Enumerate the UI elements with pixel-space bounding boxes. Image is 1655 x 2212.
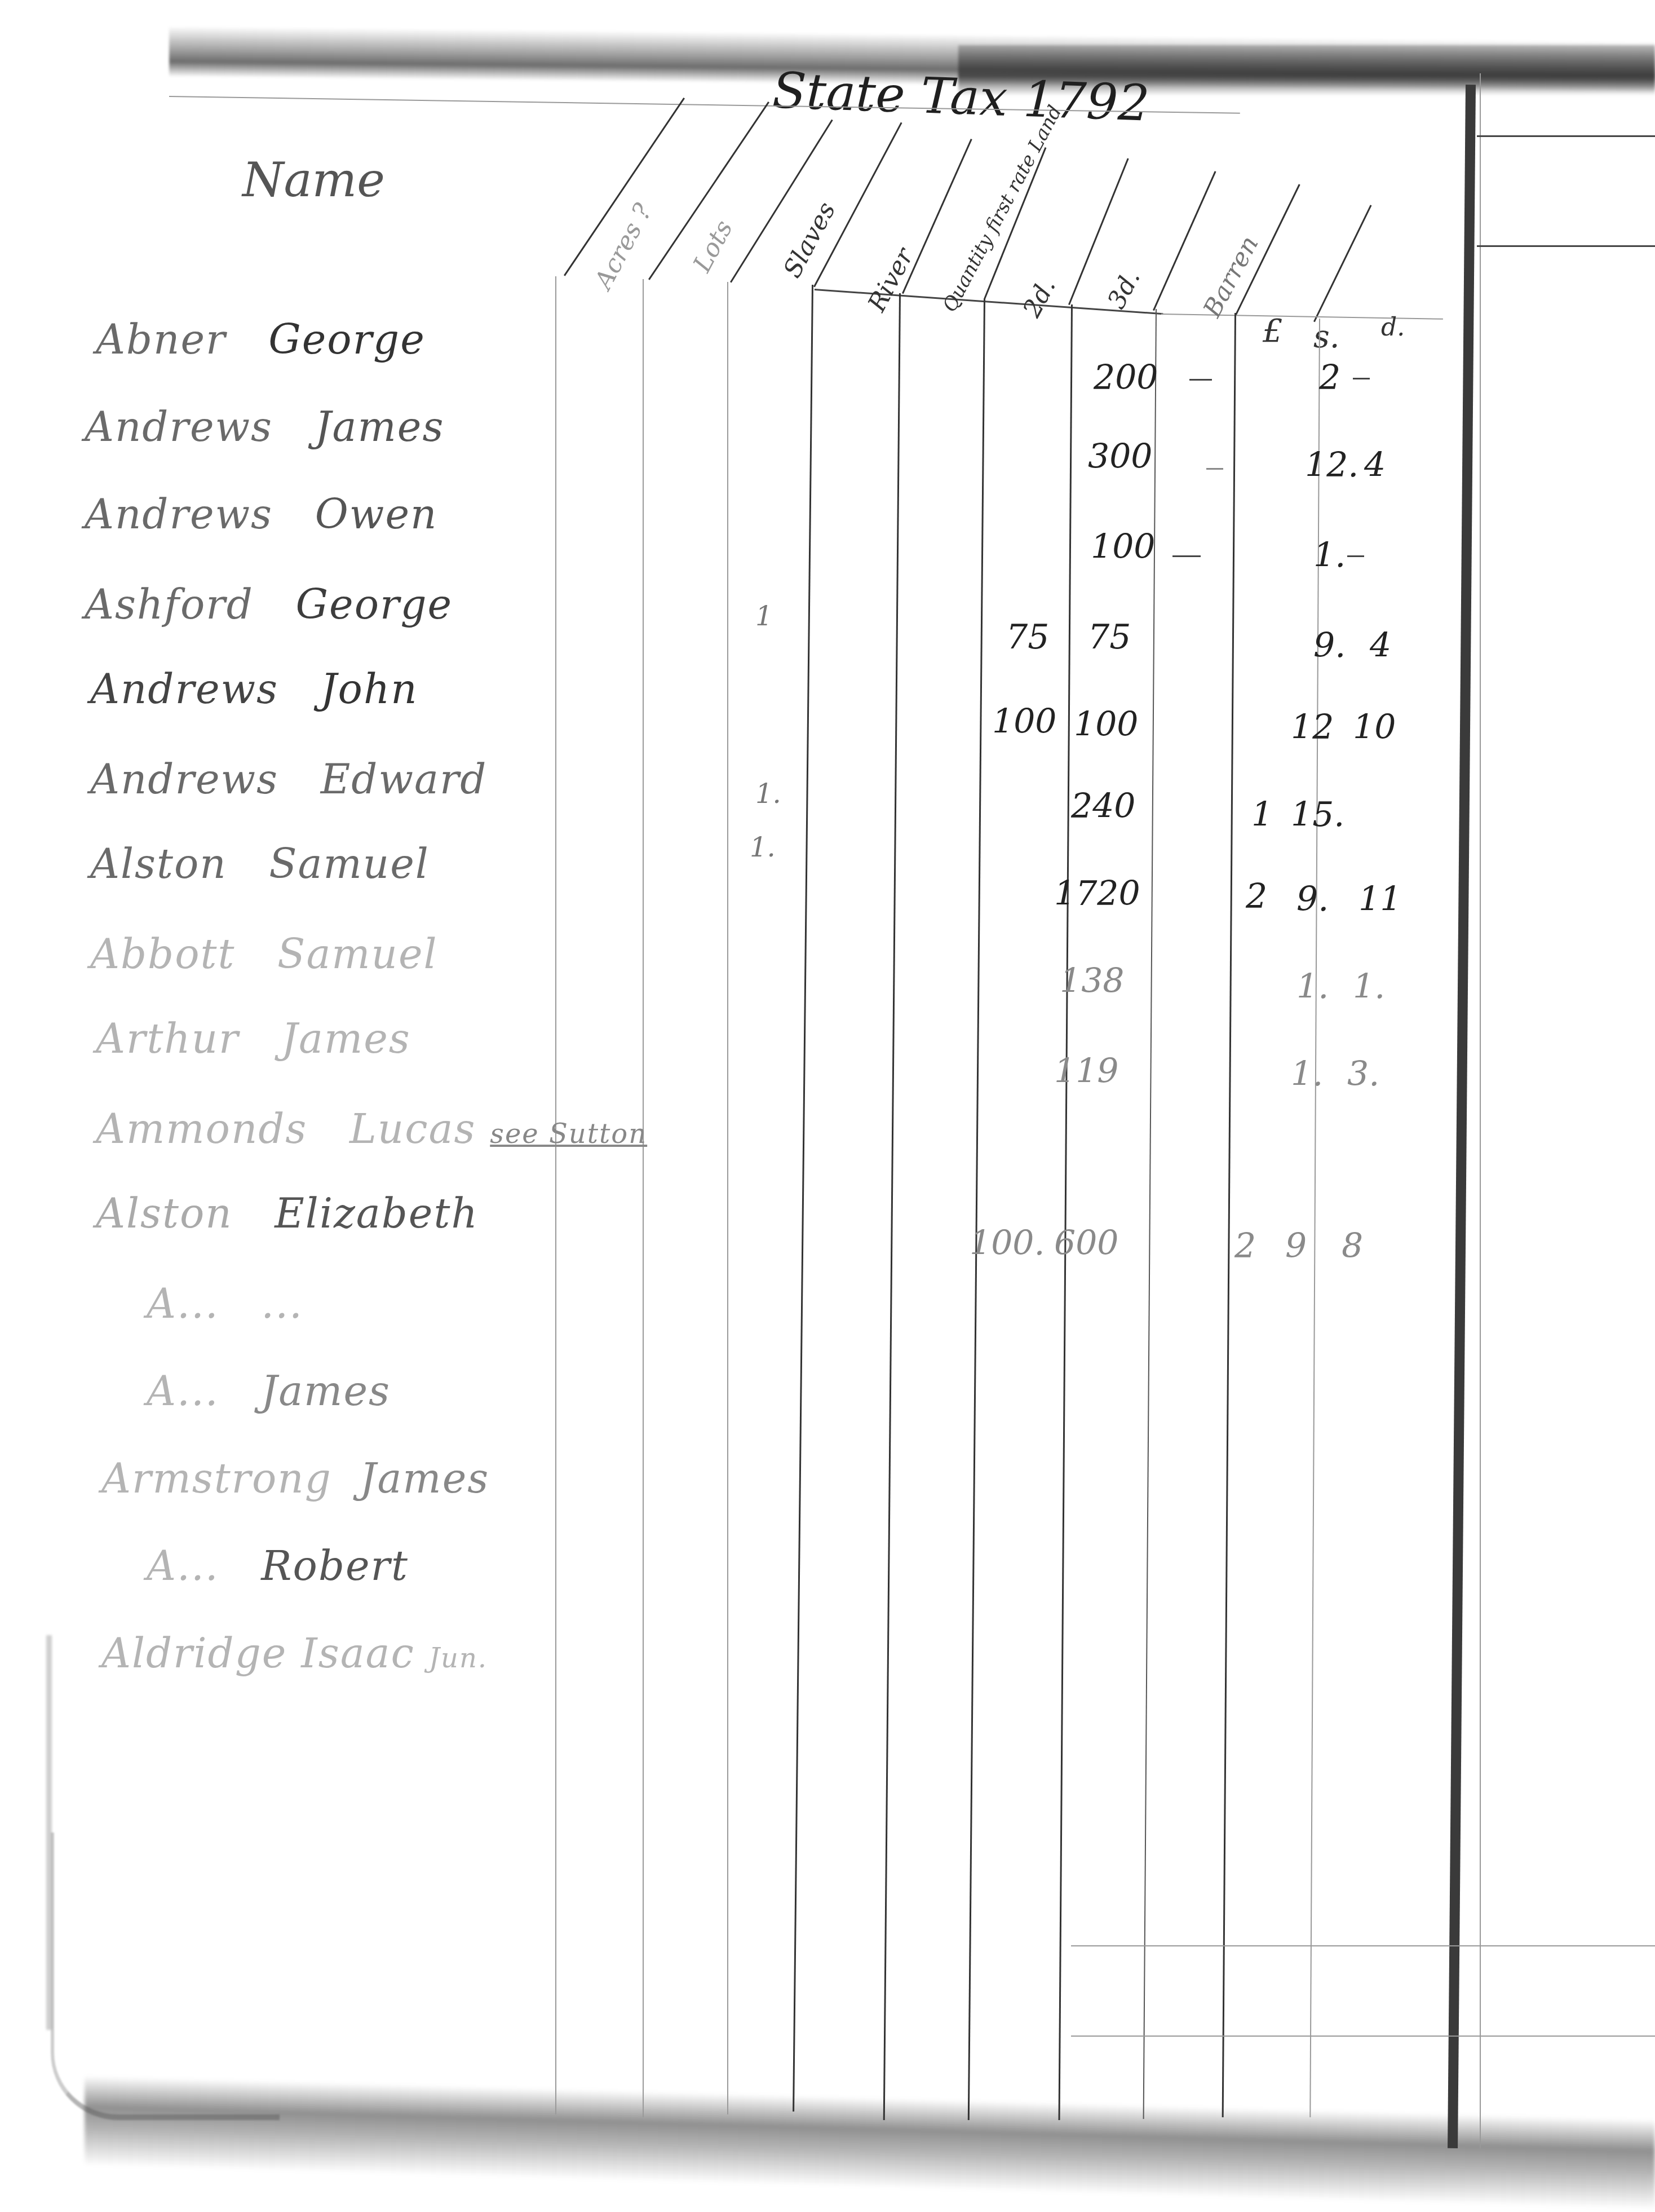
row-1-pence: 4 — [1364, 445, 1386, 485]
column-header-third-rate: 3d. — [1102, 265, 1146, 314]
column-rule — [1059, 304, 1073, 2120]
row-2-third-rate: 100 — [1091, 527, 1156, 567]
row-2-barren-dash — [1172, 555, 1201, 557]
column-rule — [1143, 309, 1157, 2119]
row-12-name: A... James — [147, 1367, 391, 1415]
column-header-second-rate: 2d. — [1017, 273, 1061, 322]
row-2-shillings: 1. — [1313, 536, 1346, 575]
scan-edge-bottom — [85, 2076, 1655, 2210]
row-2-name: Andrews Owen — [85, 491, 437, 538]
row-10-second-rate: 100. — [970, 1224, 1045, 1263]
row-4-shillings: 12 — [1291, 708, 1334, 747]
row-5-name: Andrews Edward — [90, 756, 487, 803]
currency-header-pence: d. — [1381, 313, 1405, 342]
row-11-name: A... ... — [147, 1280, 303, 1327]
row-1-barren-dash — [1206, 468, 1223, 470]
page-binding-rule — [1448, 85, 1476, 2148]
row-6-shillings: 9. — [1296, 880, 1329, 919]
row-5-pounds: 1 — [1251, 795, 1273, 835]
right-panel-rule — [1477, 135, 1655, 137]
header-divider — [1313, 205, 1372, 322]
row-15-name: Aldridge Isaac Jun. — [101, 1630, 488, 1677]
row-6-pence: 11 — [1358, 880, 1401, 919]
row-10-third-rate: 600 — [1054, 1224, 1119, 1263]
row-8-name: Arthur James — [96, 1015, 411, 1062]
row-1-third-rate: 300 — [1088, 437, 1153, 476]
row-10-pence: 8 — [1342, 1226, 1363, 1266]
row-7-name: Abbott Samuel — [90, 930, 438, 978]
currency-header-shillings: s. — [1313, 319, 1340, 355]
row-5-mark: 1. — [755, 778, 781, 810]
page-edge-rule — [1480, 73, 1481, 2148]
row-4-name: Andrews John — [90, 665, 418, 713]
ledger-page: State Tax 1792 Name Acres ? Lots Slaves … — [0, 0, 1655, 2212]
row-3-mark: 1 — [755, 601, 773, 632]
bottom-rule — [1071, 2036, 1655, 2037]
row-6-mark: 1. — [750, 832, 776, 863]
row-0-name: Abner George — [96, 316, 426, 363]
row-8-pence: 3. — [1347, 1054, 1379, 1094]
right-panel-rule — [1477, 245, 1655, 247]
page-corner-curl — [51, 1833, 280, 2120]
row-7-third-rate: 138 — [1060, 961, 1125, 1001]
column-header-river: River — [862, 244, 919, 316]
header-divider — [1153, 171, 1216, 311]
row-0-pence-dash — [1353, 378, 1370, 379]
column-rule — [1309, 319, 1320, 2117]
row-3-pence: 4 — [1370, 626, 1391, 665]
row-14-name: A... Robert — [147, 1542, 409, 1590]
column-header-acres: Acres ? — [589, 199, 658, 294]
row-5-third-rate: 240 — [1071, 787, 1136, 826]
row-10-pounds: 2 — [1234, 1226, 1256, 1266]
name-column-header: Name — [242, 152, 385, 207]
row-1-name: Andrews James — [85, 403, 444, 451]
currency-header-pounds: £ — [1263, 313, 1283, 350]
row-4-pence: 10 — [1353, 708, 1396, 747]
row-3-name: Ashford George — [85, 581, 453, 628]
page-title: State Tax 1792 — [771, 61, 1150, 132]
column-rule — [643, 279, 644, 2117]
column-rule — [1222, 313, 1236, 2117]
row-13-name: Armstrong James — [101, 1455, 489, 1502]
row-10-shillings: 9 — [1285, 1226, 1307, 1266]
row-6-third-rate: 1720 — [1054, 874, 1140, 913]
row-0-barren-dash — [1189, 379, 1212, 381]
column-rule — [968, 299, 985, 2120]
column-header-lots: Lots — [688, 215, 738, 277]
row-0-shillings: 2 — [1319, 358, 1340, 398]
bottom-rule — [1071, 1945, 1655, 1946]
column-header-slaves: Slaves — [778, 197, 842, 282]
row-8-shillings: 1. — [1291, 1054, 1323, 1094]
row-7-pence: 1. — [1353, 967, 1385, 1006]
row-1-shillings: 12. — [1305, 445, 1358, 485]
row-8-third-rate: 119 — [1054, 1052, 1119, 1091]
row-3-third-rate: 75 — [1088, 617, 1131, 657]
column-rule — [793, 285, 813, 2112]
row-4-third-rate: 100 — [1074, 705, 1139, 744]
row-4-second-rate: 100 — [992, 702, 1057, 741]
column-rule — [555, 276, 556, 2114]
row-9-name: Ammonds Lucas see Sutton — [96, 1105, 647, 1153]
row-2-pence-dash — [1347, 555, 1364, 557]
row-3-second-rate: 75 — [1006, 617, 1049, 657]
row-3-shillings: 9. — [1313, 626, 1346, 665]
row-5-shillings: 15. — [1291, 795, 1344, 835]
row-10-name: Alston Elizabeth — [96, 1190, 479, 1237]
row-0-third-rate: 200 — [1094, 358, 1158, 398]
row-7-shillings: 1. — [1296, 967, 1329, 1006]
row-6-pounds: 2 — [1246, 877, 1267, 916]
column-rule — [883, 293, 901, 2120]
column-rule — [727, 282, 728, 2114]
row-6-name: Alston Samuel — [90, 840, 430, 888]
